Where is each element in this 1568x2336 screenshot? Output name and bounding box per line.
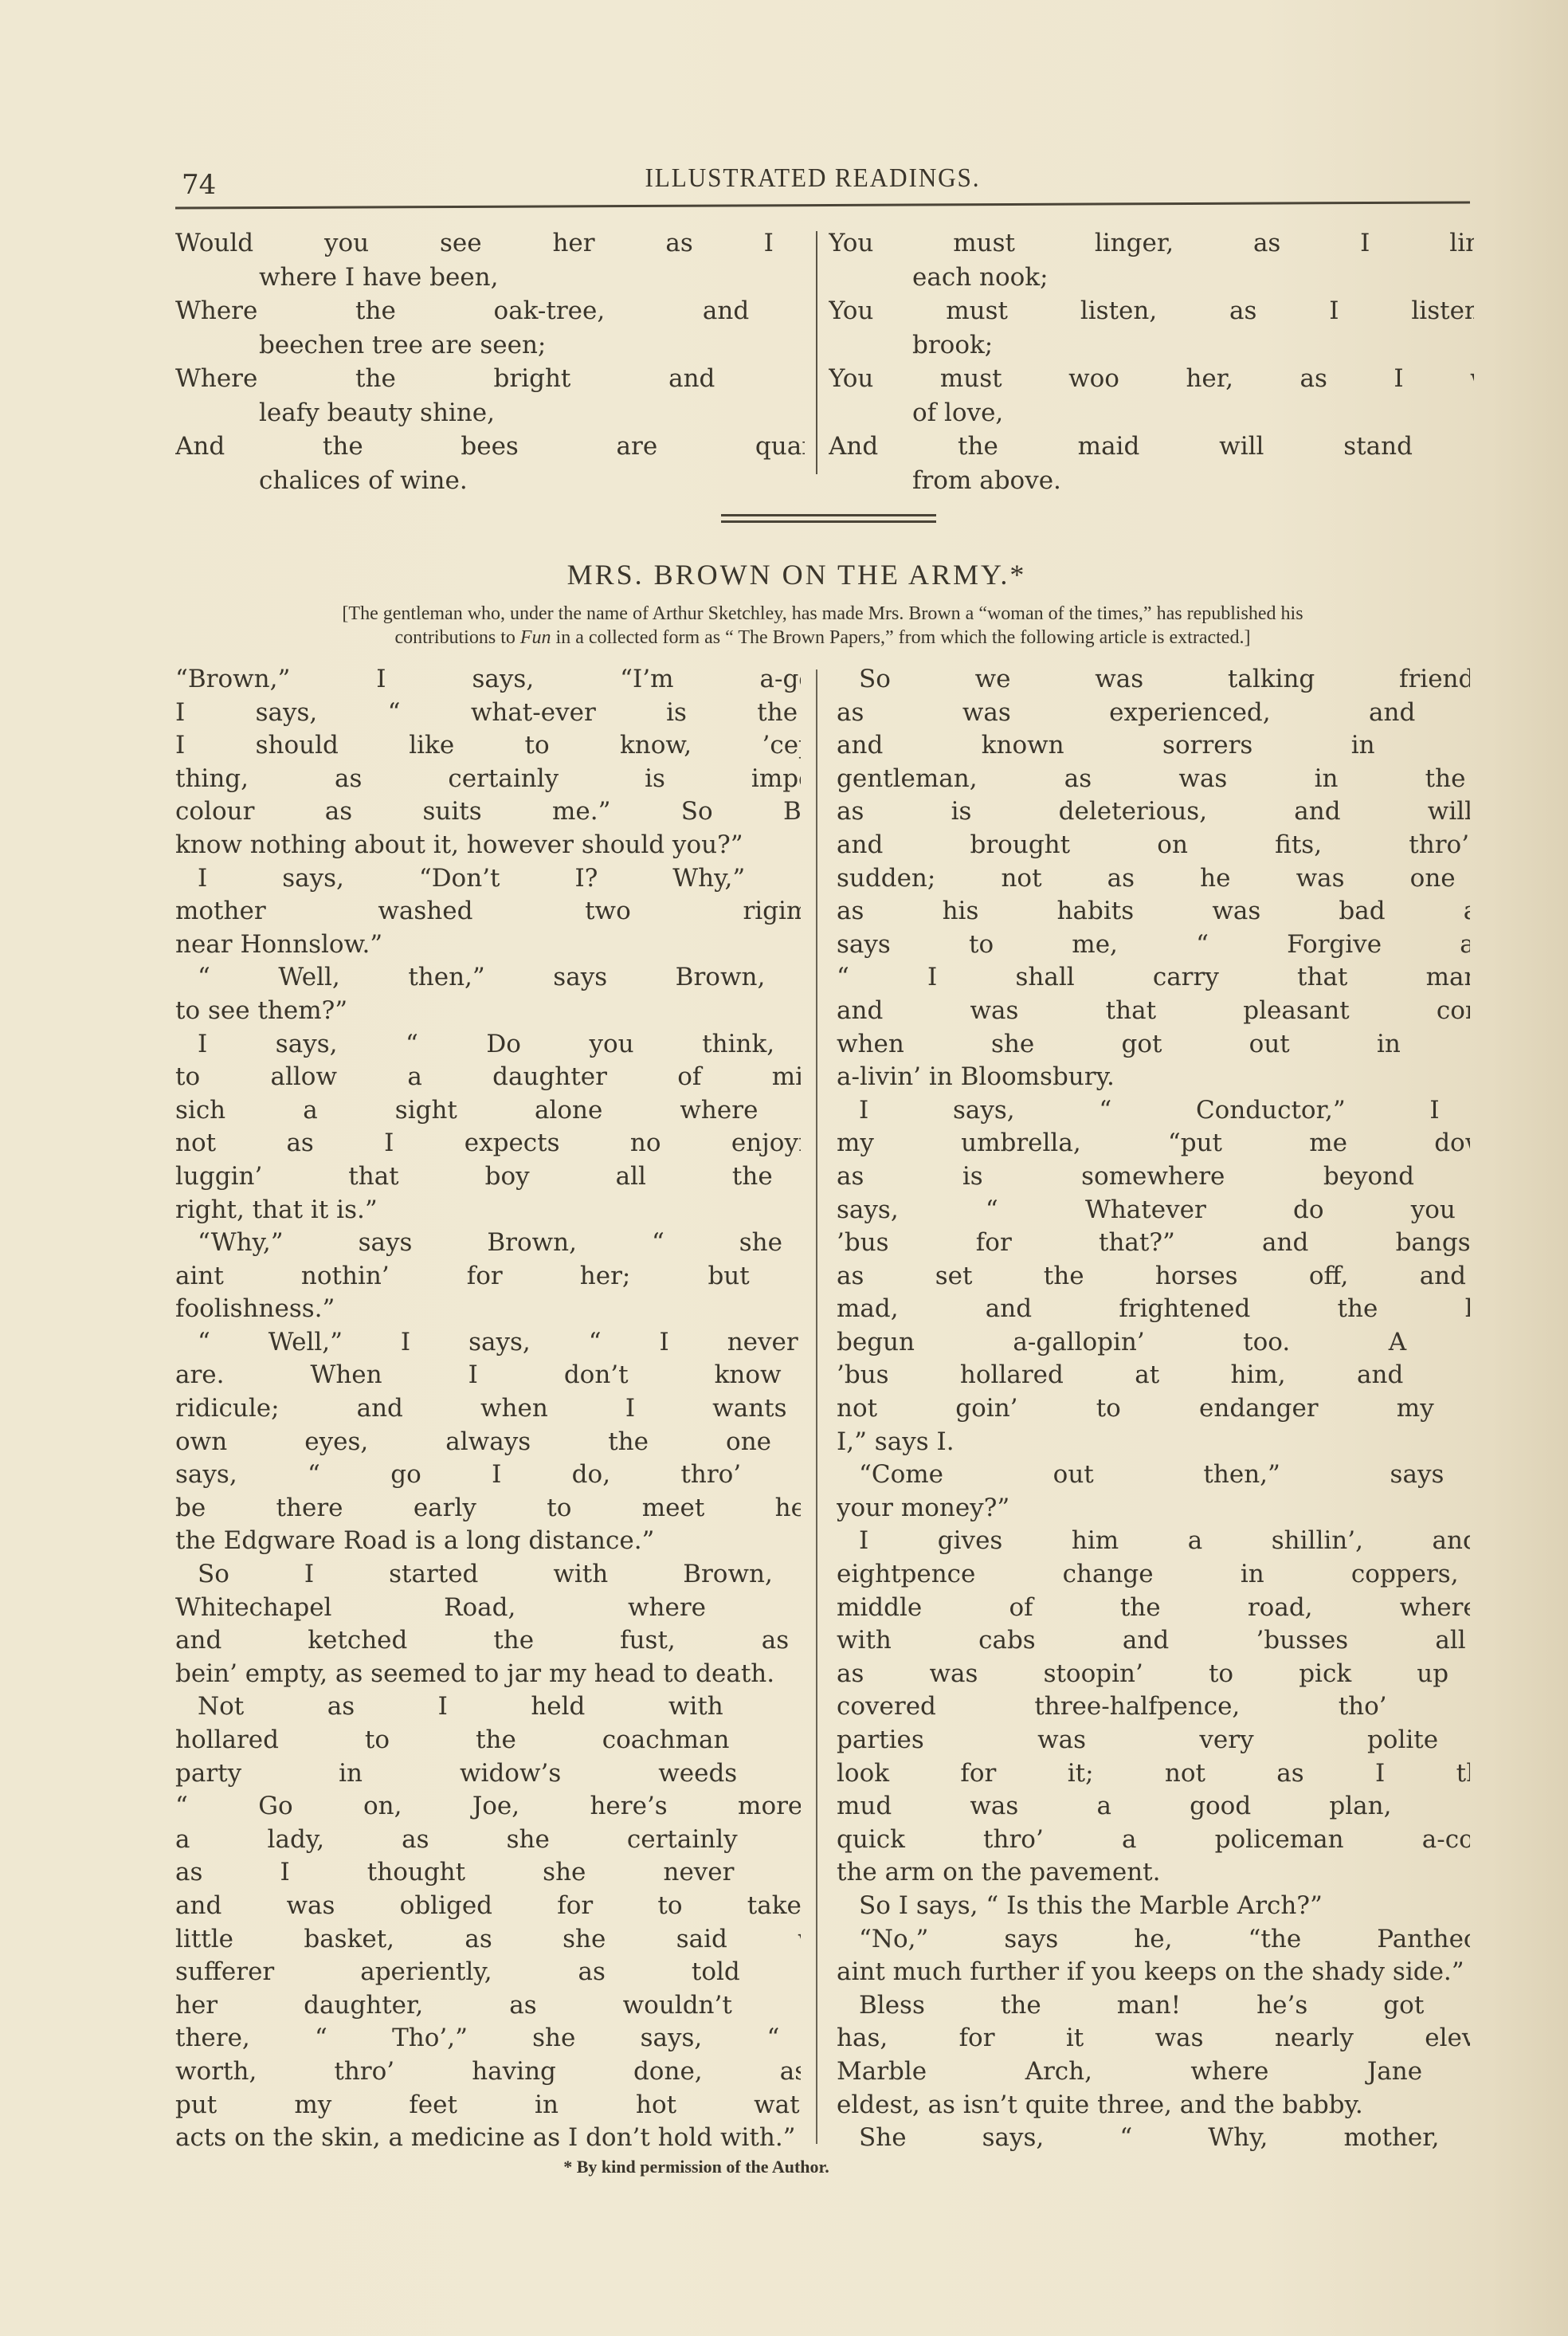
text-line: So I started with Brown, as see me into … [175, 1558, 801, 1592]
article-left-column: “Brown,” I says, “I’m a-goin’ to a revie… [175, 663, 801, 2155]
intro-text: contributions to [395, 627, 520, 648]
intro-text: in a collected form as “ The Brown Paper… [551, 627, 1251, 648]
text-line: as is somewhere beyond Charing Cross.” S… [837, 1160, 1470, 1194]
poem-line: And the maid will stand before you like … [829, 430, 1474, 464]
text-line: be there early to meet her at the Marble… [175, 1492, 801, 1525]
text-line: with cabs and ’busses all about a-shouti… [837, 1624, 1470, 1658]
text-line: mother washed two rigiments as was quart… [175, 895, 801, 929]
text-line: as was experienced, and like my own cons… [837, 697, 1470, 730]
text-line: as his habits was bad and temper violent… [837, 895, 1470, 929]
text-line: know nothing about it, however should yo… [175, 829, 801, 862]
text-line: and was that pleasant company as I was s… [837, 995, 1470, 1028]
text-line: look for it; not as I thought as kicking… [837, 1757, 1470, 1791]
text-line: sich a sight alone where a mother is a p… [175, 1094, 801, 1128]
text-line: and was obliged for to take her drops, a… [175, 1890, 801, 1923]
text-line: and known sorrers in having buried her g… [837, 729, 1470, 763]
text-line: right, that it is.” [175, 1194, 801, 1227]
text-line: to see them?” [175, 995, 801, 1028]
poem-line: Where the bright and silvery poplars in … [175, 362, 805, 396]
poem-line: You must linger, as I linger, in the sha… [829, 226, 1474, 261]
text-line: I gives him a shillin’, and if he didn’t… [837, 1525, 1470, 1558]
poem-line: And the bees are quaffing deeply from th… [175, 430, 805, 464]
poem-column-divider [816, 231, 817, 474]
text-line: I says, “ what-ever is the use of all th… [175, 697, 801, 730]
text-line: “Come out then,” says the conductor. “Wh… [837, 1459, 1470, 1492]
footnote: * By kind permission of the Author. [0, 2157, 1568, 2177]
text-line: says to me, “ Forgive and forget, tho,” … [837, 929, 1470, 962]
text-line: says, “ Whatever do you mean by stoppin’… [837, 1194, 1470, 1227]
text-line: as is deleterious, and will lurk in the … [837, 795, 1470, 829]
article-right-column: So we was talking friendly, thro’ her be… [837, 663, 1470, 2155]
poem-right-column: You must linger, as I linger, in the sha… [829, 226, 1474, 497]
text-line: own eyes, always the one to hold back. B… [175, 1426, 801, 1459]
text-line: “ Go on, Joe, here’s more ballast,” as i… [175, 1790, 801, 1824]
text-line: colour as suits me.” So Brown he says, “… [175, 795, 801, 829]
text-line: Whitechapel Road, where the ’busses runs… [175, 1592, 801, 1625]
text-line: her daughter, as wouldn’t be pacified ti… [175, 1989, 801, 2023]
text-line: near Honnslow.” [175, 929, 801, 962]
poem-line: where I have been, [175, 261, 805, 295]
text-line: foolishness.” [175, 1293, 801, 1326]
text-line: mud was a good plan, as all scuttled awa… [837, 1790, 1470, 1824]
text-line: a-livin’ in Bloomsbury. [837, 1061, 1470, 1094]
text-line: bein’ empty, as seemed to jar my head to… [175, 1658, 801, 1691]
text-line: I should like to know, ’cept for the loo… [175, 729, 801, 763]
text-line: eightpence change in coppers, as I dropp… [837, 1558, 1470, 1592]
text-line: as was stoopin’ to pick up the money, as… [837, 1658, 1470, 1691]
text-line: “Brown,” I says, “I’m a-goin’ to a revie… [175, 663, 801, 697]
text-line: not as I expects no enjoyment; and as to… [175, 1127, 801, 1160]
text-line: sufferer aperiently, as told me she was … [175, 1956, 801, 1989]
text-line: little basket, as she said went agin her… [175, 1923, 801, 1957]
text-line: “Why,” says Brown, “ she lives close by,… [175, 1227, 801, 1260]
text-line: So we was talking friendly, thro’ her be… [837, 663, 1470, 697]
text-line: says, “ go I do, thro’ having promised J… [175, 1459, 801, 1492]
poem-line: each nook; [829, 261, 1474, 295]
text-line: I says, “Don’t I? Why,” I says, “ my dea… [175, 862, 801, 896]
text-line: sudden; not as he was one for to regret,… [837, 862, 1470, 896]
poem-line: Would you see her as I see her, you must… [175, 226, 805, 261]
poem-line: chalices of wine. [175, 464, 805, 498]
article-title: MRS. BROWN ON THE ARMY.* [0, 558, 1568, 591]
poem-line: brook; [829, 328, 1474, 363]
text-line: mad, and frightened the horses in anothe… [837, 1293, 1470, 1326]
poem-left-column: Would you see her as I see her, you must… [175, 226, 805, 497]
text-line: ’bus for that?” and bangs the door that … [837, 1227, 1470, 1260]
text-line: ridicule; and when I wants to see them w… [175, 1392, 801, 1426]
article-intro: [The gentleman who, under the name of Ar… [175, 602, 1470, 650]
text-line: there, “ Tho’,” she says, “ it’s as much… [175, 2022, 801, 2055]
text-line: as set the horses off, and if they didn’… [837, 1260, 1470, 1294]
text-line: “ I shall carry that man’s marks to me g… [837, 961, 1470, 995]
text-line: not goin’ to endanger my life.” “ Nor mo… [837, 1392, 1470, 1426]
text-line: She says, “ Why, mother, how hot you loo… [837, 2122, 1470, 2155]
text-line: my umbrella, “put me down at the Marble … [837, 1127, 1470, 1160]
text-line: has, for it was nearly eleven when I got… [837, 2022, 1470, 2055]
text-line: aint much further if you keeps on the sh… [837, 1956, 1470, 1989]
text-line: So I says, “ Is this the Marble Arch?” [837, 1890, 1470, 1923]
text-line: I says, “ Conductor,” I says, a-hittin’ … [837, 1094, 1470, 1128]
poem-line: You must listen, as I listen, to the pra… [829, 294, 1474, 328]
text-line: Not as I held with that conductor’s rema… [175, 1690, 801, 1724]
text-line: are. When I don’t know things, full of y… [175, 1359, 801, 1392]
text-line: put my feet in hot water, with James’ po… [175, 2089, 801, 2122]
text-line: gentleman, as was in the white-lead line… [837, 763, 1470, 796]
text-line: Marble Arch, where Jane was a-waitin’ wi… [837, 2055, 1470, 2089]
poem-line: beechen tree are seen; [175, 328, 805, 363]
text-line: hollared to the coachman when he helped … [175, 1724, 801, 1757]
intro-line-1: [The gentleman who, under the name of Ar… [175, 602, 1470, 626]
text-line: “No,” says he, “the Pantheon; but,” he s… [837, 1923, 1470, 1957]
text-line: acts on the skin, a medicine as I don’t … [175, 2122, 801, 2155]
poem-line: You must woo her, as I woo her, with a b… [829, 362, 1474, 396]
text-line: aint nothin’ for her; but as to your a-g… [175, 1260, 801, 1294]
text-line: eldest, as isn’t quite three, and the ba… [837, 2089, 1470, 2122]
text-line: worth, thro’ having done, as I seldom or… [175, 2055, 801, 2089]
running-title: ILLUSTRATED READINGS. [65, 163, 1561, 194]
text-line: your money?” [837, 1492, 1470, 1525]
article-column-divider [816, 669, 817, 2144]
text-line: begun a-gallopin’ too. A old gentleman i… [837, 1326, 1470, 1360]
poem-line: Where the oak-tree, and the elm-tree, an… [175, 294, 805, 328]
intro-line-2: contributions to Fun in a collected form… [175, 626, 1470, 650]
text-line: a lady, as she certainly was, tho’ she’d… [175, 1824, 801, 1857]
poem-line: leafy beauty shine, [175, 396, 805, 430]
header-rule [175, 201, 1470, 209]
text-line: ’bus hollared at him, and says, “ Let me… [837, 1359, 1470, 1392]
text-line: thing, as certainly is imposing, tho’ re… [175, 763, 801, 796]
text-line: and brought on fits, thro’ which he was … [837, 829, 1470, 862]
section-double-rule [721, 514, 936, 527]
poem-line: of love, [829, 396, 1474, 430]
text-line: party in widow’s weeds as was certainly … [175, 1757, 801, 1791]
text-line: to allow a daughter of mine, tho’ marrie… [175, 1061, 801, 1094]
poem-line: from above. [829, 464, 1474, 498]
text-line: Bless the man! he’s got nice ideas about… [837, 1989, 1470, 2023]
text-line: I,” says I. [837, 1426, 1470, 1459]
text-line: parties was very polite a-troubling them… [837, 1724, 1470, 1757]
text-line: covered three-halfpence, tho’ I must say… [837, 1690, 1470, 1724]
text-line: quick thro’ a policeman a-comin’ up as l… [837, 1824, 1470, 1857]
text-line: “ Well, then,” says Brown, “ why ever do… [175, 961, 801, 995]
text-line: and ketched the fust, as rattled that dr… [175, 1624, 801, 1658]
text-line: “ Well,” I says, “ I never see such a ma… [175, 1326, 801, 1360]
text-line: middle of the road, where he left me a-s… [837, 1592, 1470, 1625]
text-line: the arm on the pavement. [837, 1856, 1470, 1890]
text-line: I says, “ Do you think, Mr. Brown, as I’… [175, 1028, 801, 1062]
text-line: the Edgware Road is a long distance.” [175, 1525, 801, 1558]
intro-italic-publication: Fun [520, 627, 551, 648]
text-line: as I thought she never would get her bre… [175, 1856, 801, 1890]
text-line: when she got out in Holborn, thro’ her d… [837, 1028, 1470, 1062]
text-line: luggin’ that boy all the way, it’s madne… [175, 1160, 801, 1194]
